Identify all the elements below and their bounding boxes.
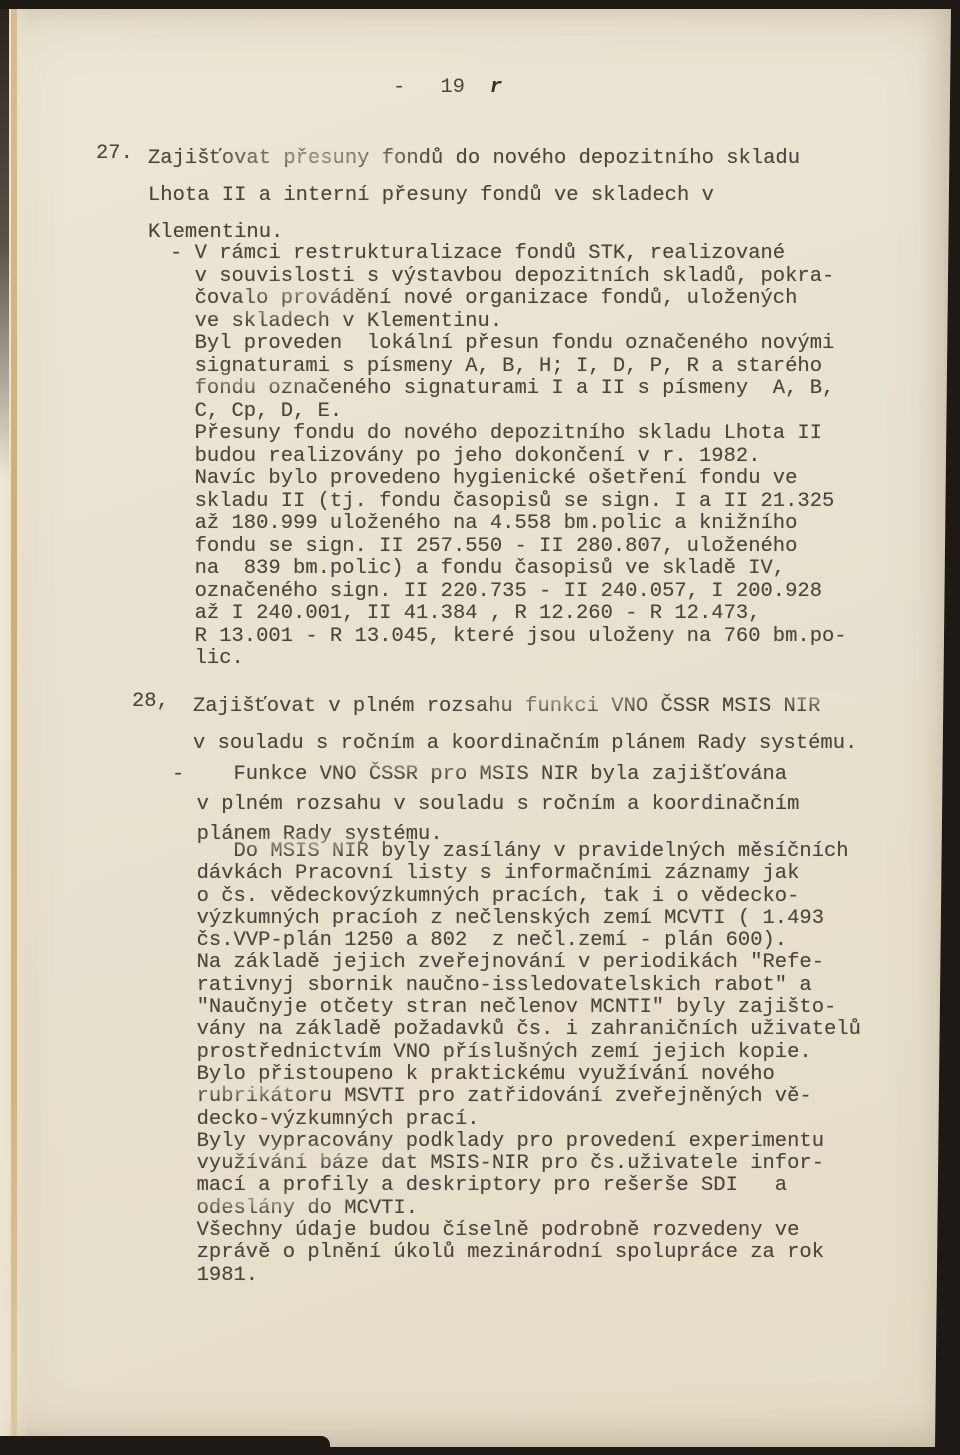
- text-line: v souladu s ročním a koordinačním plánem…: [193, 725, 857, 762]
- text-line: v plném rozsahu v souladu s ročním a koo…: [172, 790, 799, 820]
- text-line: čs.VVP-plán 1250 a 802 z nečl.zemí - plá…: [172, 930, 861, 952]
- text-line: C, Cp, D, E.: [170, 401, 847, 424]
- text-line: Lhota II a interní přesuny fondů ve skla…: [148, 177, 800, 214]
- text-line: Byl proveden lokální přesun fondu označe…: [170, 333, 847, 356]
- text-line: fondu se sign. II 257.550 - II 280.807, …: [170, 536, 847, 559]
- text-line: Přesuny fondu do nového depozitního skla…: [170, 423, 847, 446]
- text-line: Zajišťovat přesuny fondů do nového depoz…: [148, 140, 800, 177]
- item-number: 28,: [132, 690, 169, 714]
- page-number: 19: [440, 76, 465, 99]
- text-line: označeného sign. II 220.735 - II 240.057…: [170, 581, 847, 604]
- text-line: lic.: [170, 648, 847, 671]
- text-line: až 180.999 uloženého na 4.558 bm.polic a…: [170, 513, 847, 536]
- text-line: R 13.001 - R 13.045, které jsou uloženy …: [170, 626, 847, 649]
- text-line: prostřednictvím VNO příslušných zemí jej…: [172, 1042, 861, 1064]
- text-line: odeslány do MCVTI.: [172, 1198, 861, 1220]
- text-line: rativnyj sbornik naučno-issledovatelskic…: [172, 975, 861, 997]
- document-page: -19r 27. Zajišťovat přesuny fondů do nov…: [0, 9, 951, 1447]
- text-line: čovalo provádění nové organizace fondů, …: [170, 288, 847, 311]
- page-number-line: -19r: [393, 76, 502, 99]
- text-line: - V rámci restrukturalizace fondů STK, r…: [170, 243, 847, 266]
- text-line: výzkumných pracíoh z nečlenských zemí MC…: [172, 908, 861, 930]
- text-line: vány na základě požadavků čs. i zahranič…: [172, 1019, 861, 1041]
- text-line: Všechny údaje budou číselně podrobně roz…: [172, 1220, 861, 1242]
- text-line: rubrikátoru MSVTI pro zatřidování zveřej…: [172, 1086, 861, 1108]
- text-line: - Funkce VNO ČSSR pro MSIS NIR byla zaji…: [172, 760, 799, 790]
- text-line: 1981.: [172, 1265, 861, 1287]
- text-line: Do MSIS NIR byly zasílány v pravidelných…: [172, 841, 861, 863]
- item-body: Do MSIS NIR byly zasílány v pravidelných…: [172, 841, 861, 1287]
- text-line: decko-výzkumných prací.: [172, 1109, 861, 1131]
- text-line: využívání báze dat MSIS-NIR pro čs.uživa…: [172, 1153, 861, 1175]
- text-line: mací a profily a deskriptory pro rešerše…: [172, 1175, 861, 1197]
- page-edge-line: [11, 9, 17, 1447]
- text-line: skladu II (tj. fondu časopisů se sign. I…: [170, 491, 847, 514]
- text-line: v souvislosti s výstavbou depozitních sk…: [170, 266, 847, 289]
- text-line: Na základě jejich zveřejnování v periodi…: [172, 952, 861, 974]
- bottom-edge-shadow: [0, 1436, 330, 1447]
- text-line: o čs. vědeckovýzkumných pracích, tak i o…: [172, 886, 861, 908]
- item-heading: Zajišťovat v plném rozsahu funkci VNO ČS…: [193, 688, 857, 762]
- text-line: až I 240.001, II 41.384 , R 12.260 - R 1…: [170, 603, 847, 626]
- text-line: zprávě o plnění úkolů mezinárodní spolup…: [172, 1242, 861, 1264]
- item-body: - V rámci restrukturalizace fondů STK, r…: [170, 243, 847, 671]
- item-number: 27.: [96, 142, 133, 166]
- text-line: Byly vypracovány podklady pro provedení …: [172, 1131, 861, 1153]
- text-line: ve skladech v Klementinu.: [170, 311, 847, 334]
- item-subparagraph: - Funkce VNO ČSSR pro MSIS NIR byla zaji…: [172, 760, 799, 850]
- photo-frame: -19r 27. Zajišťovat přesuny fondů do nov…: [0, 0, 960, 1455]
- text-line: na 839 bm.polic) a fondu časopisů ve skl…: [170, 558, 847, 581]
- text-line: signaturami s písmeny A, B, H; I, D, P, …: [170, 356, 847, 379]
- text-line: fondu označeného signaturami I a II s pí…: [170, 378, 847, 401]
- text-line: Bylo přistoupeno k praktickému využívání…: [172, 1064, 861, 1086]
- item-heading: Zajišťovat přesuny fondů do nového depoz…: [148, 140, 800, 251]
- text-line: Navíc bylo provedeno hygienické ošetření…: [170, 468, 847, 491]
- text-line: dávkách Pracovní listy s informačními zá…: [172, 863, 861, 885]
- text-line: budou realizovány po jeho dokončení v r.…: [170, 446, 847, 469]
- book-spine-shadow: [0, 9, 9, 479]
- text-line: "Naučnyje otčety stran nečlenov MCNTI" b…: [172, 997, 861, 1019]
- text-line: Zajišťovat v plném rozsahu funkci VNO ČS…: [193, 688, 857, 725]
- header-dash: -: [393, 76, 405, 99]
- stray-typed-mark: r: [490, 76, 502, 99]
